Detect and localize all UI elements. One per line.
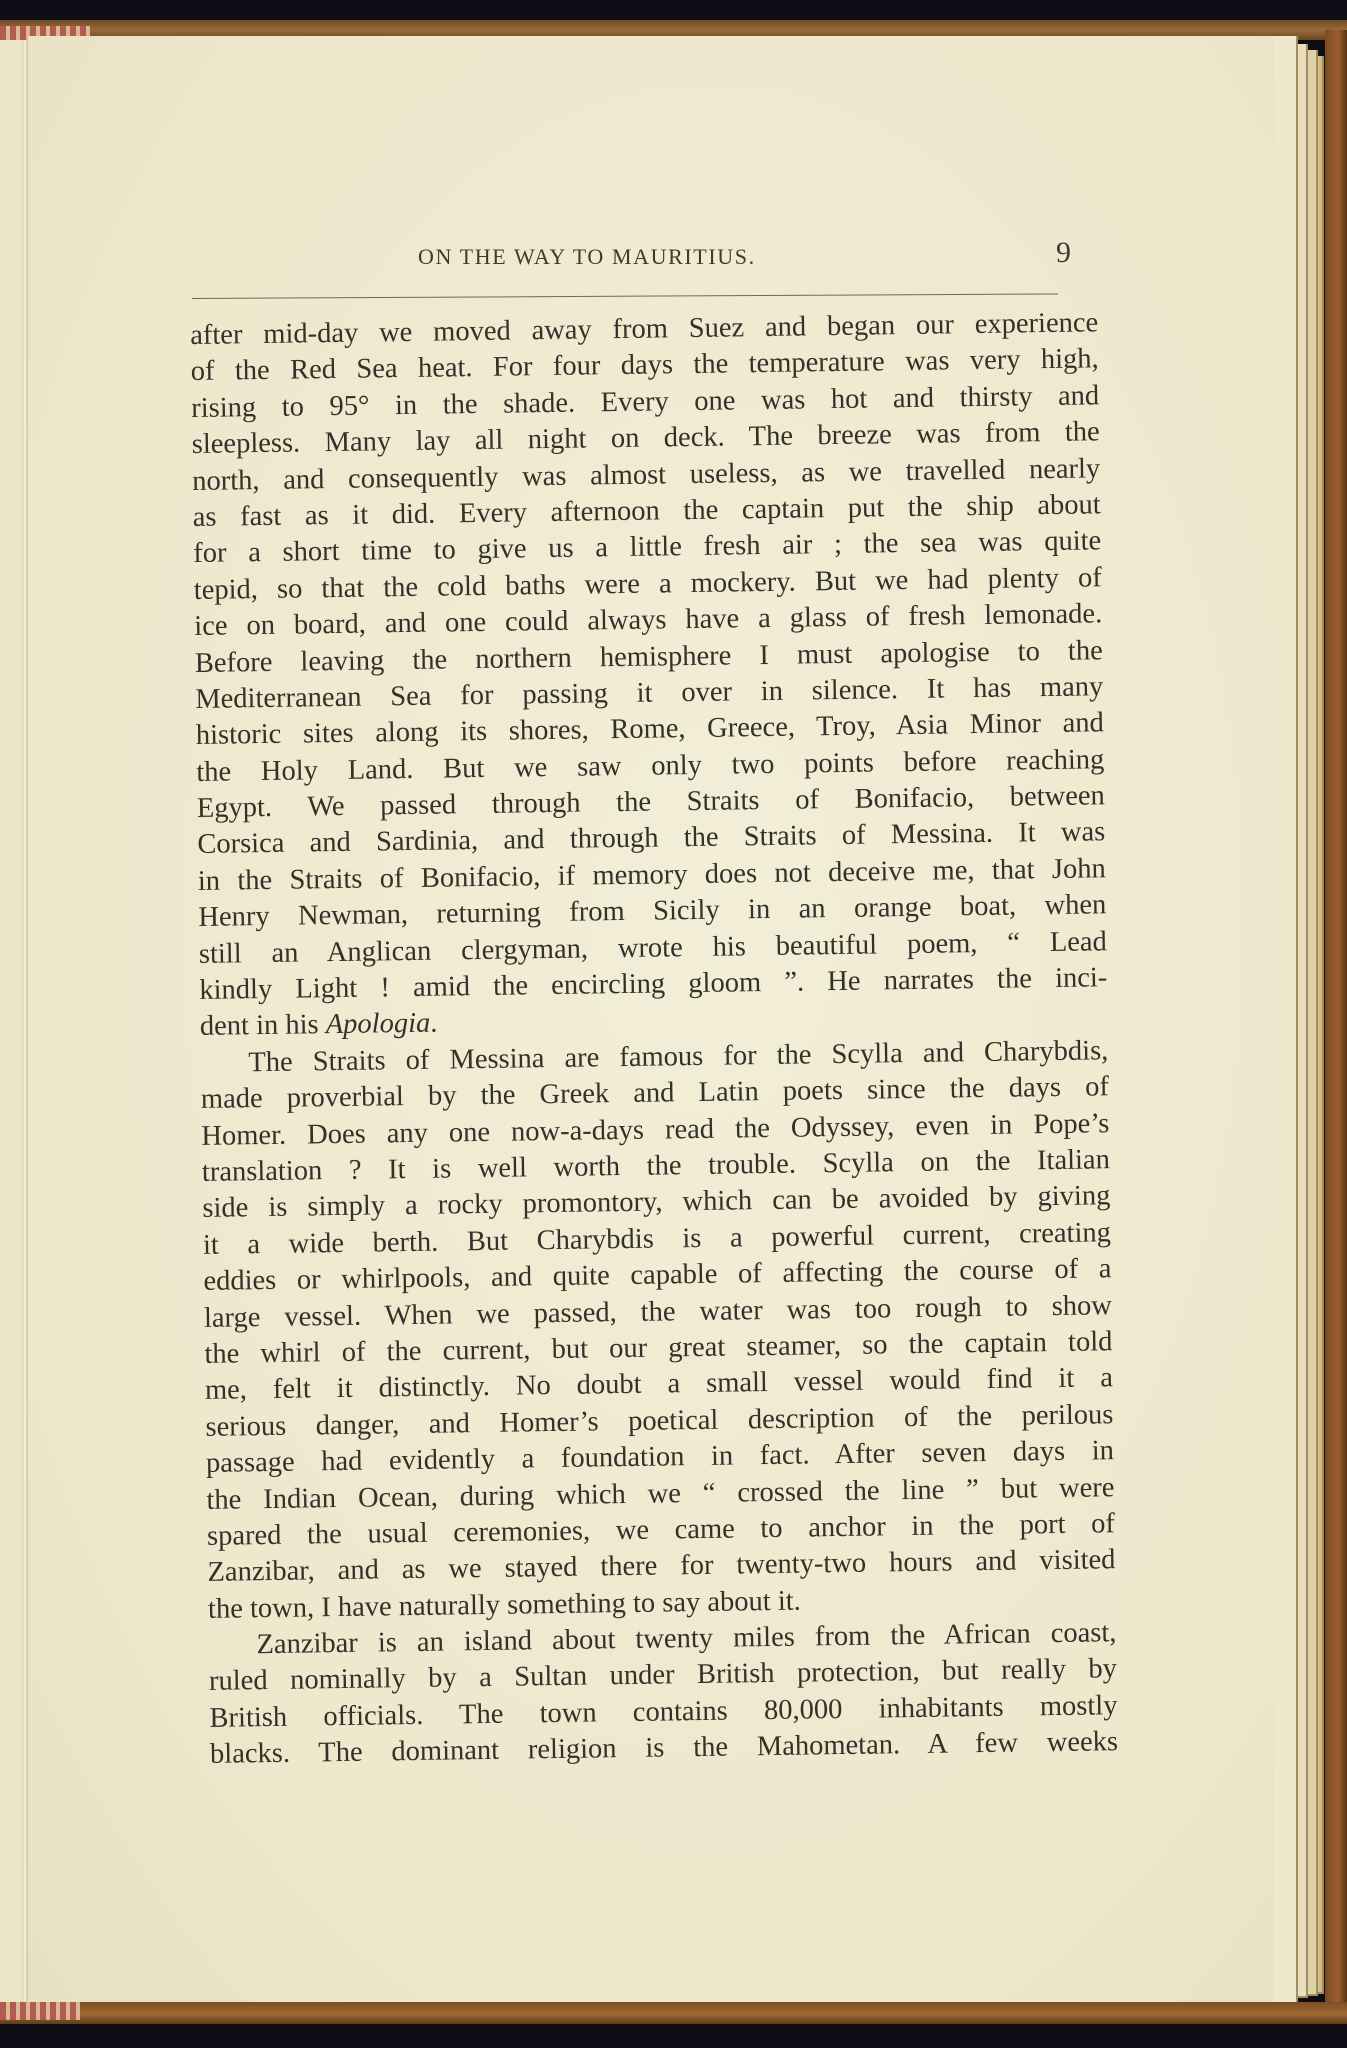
headband-bottom bbox=[0, 2002, 80, 2020]
body-text: after mid-day we moved away from Suez an… bbox=[190, 305, 1118, 1773]
book-title-apologia: Apologia bbox=[326, 1008, 431, 1040]
facing-page-sliver bbox=[0, 40, 24, 2002]
header-rule bbox=[192, 293, 1058, 299]
page-number: 9 bbox=[1056, 236, 1071, 270]
running-head: ON THE WAY TO MAURITIUS. 9 bbox=[28, 236, 1274, 276]
page-edge bbox=[1272, 36, 1298, 2004]
book-page: ON THE WAY TO MAURITIUS. 9 after mid-day… bbox=[28, 36, 1274, 2002]
text-fragment: dent in his bbox=[200, 1010, 326, 1043]
book-cover-right-edge bbox=[1325, 30, 1347, 2024]
text-fragment: . bbox=[430, 1008, 438, 1039]
book-gutter bbox=[22, 40, 28, 2002]
running-title: ON THE WAY TO MAURITIUS. bbox=[418, 244, 756, 270]
book-cover-bottom-edge bbox=[0, 2002, 1347, 2024]
